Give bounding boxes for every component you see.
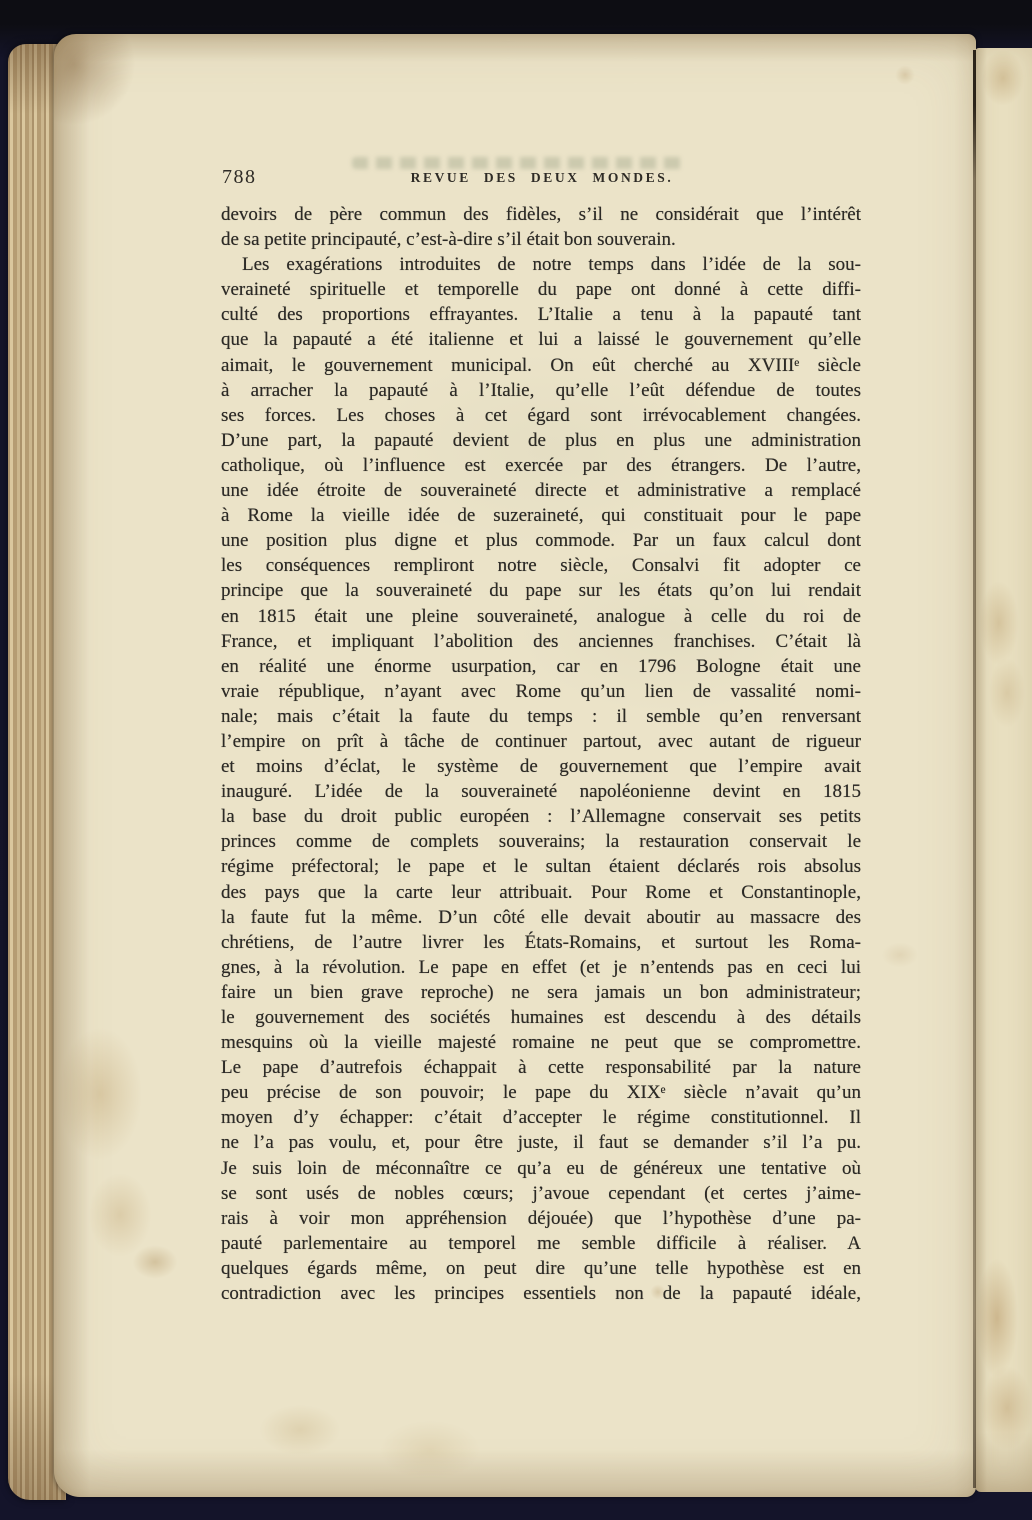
text-line: de sa petite principauté, c’est-à-dire s… bbox=[221, 227, 861, 252]
text-line: veraineté spirituelle et temporelle du p… bbox=[221, 277, 861, 302]
facing-page-edge bbox=[975, 48, 1032, 1492]
text-line: mesquins où la vieille majesté romaine n… bbox=[221, 1030, 861, 1055]
text-line: gnes, à la révolution. Le pape en effet … bbox=[221, 955, 861, 980]
running-title: REVUE DES DEUX MONDES. bbox=[222, 170, 862, 186]
body-text: devoirs de père commun des fidèles, s’il… bbox=[221, 202, 861, 1306]
text-line: la base du droit public européen : l’All… bbox=[221, 804, 861, 829]
text-line: quelques égards même, on peut dire qu’un… bbox=[221, 1256, 861, 1281]
text-line: l’empire on prît à tâche de continuer pa… bbox=[221, 729, 861, 754]
text-line: à Rome la vieille idée de suzeraineté, q… bbox=[221, 503, 861, 528]
text-line: catholique, où l’influence est exercée p… bbox=[221, 453, 861, 478]
page-crease bbox=[973, 50, 976, 1488]
page-header: 788 REVUE DES DEUX MONDES. bbox=[222, 165, 862, 193]
text-line: peu précise de son pouvoir; le pape du X… bbox=[221, 1080, 861, 1105]
text-line: princes comme de complets souverains; la… bbox=[221, 829, 861, 854]
text-line: Les exagérations introduites de notre te… bbox=[221, 252, 861, 277]
text-line: des pays que la carte leur attribuait. P… bbox=[221, 880, 861, 905]
text-line: Je suis loin de méconnaître ce qu’a eu d… bbox=[221, 1156, 861, 1181]
text-line: une idée étroite de souveraineté directe… bbox=[221, 478, 861, 503]
text-line: le gouvernement des sociétés humaines es… bbox=[221, 1005, 861, 1030]
text-line: faire un bien grave reproche) ne sera ja… bbox=[221, 980, 861, 1005]
text-line: culté des proportions effrayantes. L’Ita… bbox=[221, 302, 861, 327]
text-line: France, et impliquant l’abolition des an… bbox=[221, 629, 861, 654]
text-line: la faute fut la même. D’un côté elle dev… bbox=[221, 905, 861, 930]
text-line: principe que la souveraineté du pape sur… bbox=[221, 578, 861, 603]
text-line: une position plus digne et plus commode.… bbox=[221, 528, 861, 553]
text-line: ses forces. Les choses à cet égard sont … bbox=[221, 403, 861, 428]
text-line: régime préfectoral; le pape et le sultan… bbox=[221, 854, 861, 879]
text-line: en 1815 était une pleine souveraineté, a… bbox=[221, 604, 861, 629]
text-line: les conséquences rempliront notre siècle… bbox=[221, 553, 861, 578]
text-line: pauté parlementaire au temporel me sembl… bbox=[221, 1231, 861, 1256]
text-line: vraie république, n’ayant avec Rome qu’u… bbox=[221, 679, 861, 704]
text-line: à arracher la papauté à l’Italie, qu’ell… bbox=[221, 378, 861, 403]
text-line: ne l’a pas voulu, et, pour être juste, i… bbox=[221, 1130, 861, 1155]
scanned-book-spread: 788 REVUE DES DEUX MONDES. devoirs de pè… bbox=[0, 0, 1032, 1520]
text-line: devoirs de père commun des fidèles, s’il… bbox=[221, 202, 861, 227]
text-line: en réalité une énorme usurpation, car en… bbox=[221, 654, 861, 679]
text-line: que la papauté a été italienne et lui a … bbox=[221, 327, 861, 352]
text-line: D’une part, la papauté devient de plus e… bbox=[221, 428, 861, 453]
text-line: inauguré. L’idée de la souveraineté napo… bbox=[221, 779, 861, 804]
text-line: rais à voir mon appréhension déjouée) qu… bbox=[221, 1206, 861, 1231]
text-line: contradiction avec les principes essenti… bbox=[221, 1281, 861, 1306]
text-line: chrétiens, de l’autre livrer les États-R… bbox=[221, 930, 861, 955]
text-line: Le pape d’autrefois échappait à cette re… bbox=[221, 1055, 861, 1080]
text-line: et moins d’éclat, le système de gouverne… bbox=[221, 754, 861, 779]
text-line: nale; mais c’était la faute du temps : i… bbox=[221, 704, 861, 729]
text-line: moyen d’y échapper: c’était d’accepter l… bbox=[221, 1105, 861, 1130]
text-line: aimait, le gouvernement municipal. On eû… bbox=[221, 353, 861, 378]
text-line: se sont usés de nobles cœurs; j’avoue ce… bbox=[221, 1181, 861, 1206]
